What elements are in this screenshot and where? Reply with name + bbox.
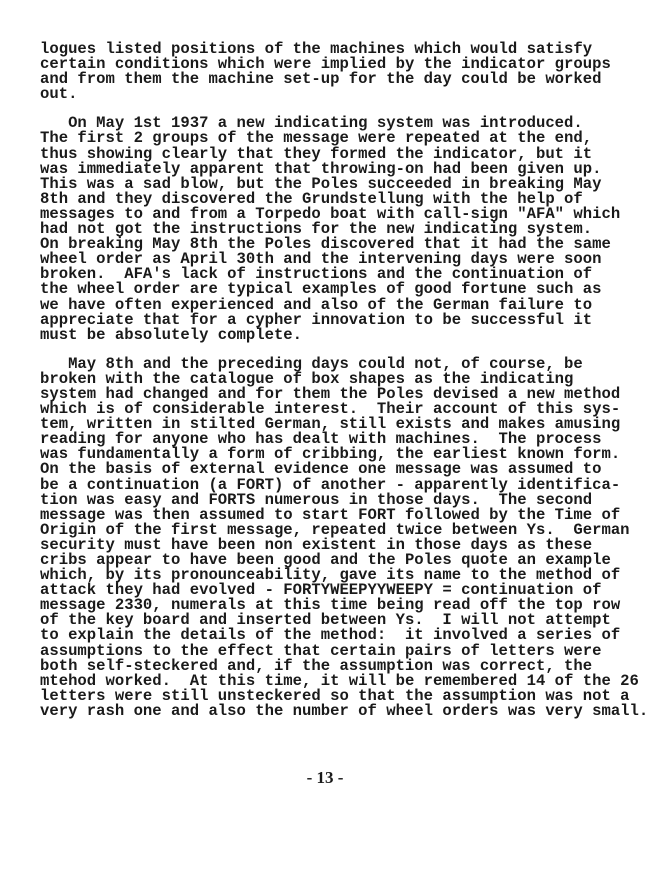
text-line: must be absolutely complete. xyxy=(40,328,640,343)
page-number: - 13 - xyxy=(0,768,650,788)
paragraph-3: May 8th and the preceding days could not… xyxy=(40,357,640,719)
text-line: very rash one and also the number of whe… xyxy=(40,704,640,719)
paragraph-2: On May 1st 1937 a new indicating system … xyxy=(40,116,640,342)
paragraph-1: logues listed positions of the machines … xyxy=(40,42,640,102)
text-line: and from them the machine set-up for the… xyxy=(40,72,640,87)
document-body: logues listed positions of the machines … xyxy=(40,42,640,719)
text-line: out. xyxy=(40,87,640,102)
